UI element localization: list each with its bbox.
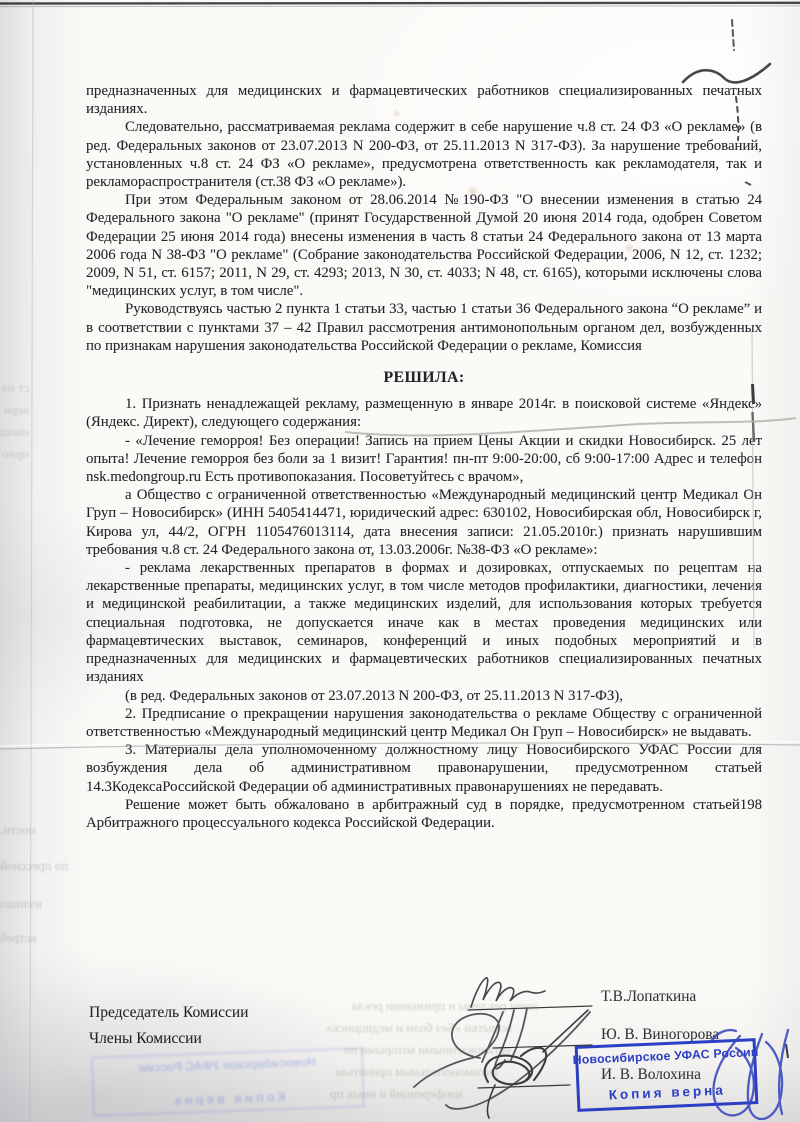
bleedthrough-text: антимонопольным принятым [336, 1064, 498, 1080]
document-body: предназначенных для медицинских и фармац… [86, 82, 762, 832]
paragraph: 3. Материалы дела уполномоченному должно… [86, 741, 762, 796]
paragraph: Решение может быть обжаловано в арбитраж… [86, 796, 762, 832]
stamp-org-text: Новосибирское УФАС России [572, 1045, 759, 1067]
paragraph: Следовательно, рассматриваемая реклама с… [86, 118, 762, 191]
bleedthrough-text: встреб [0, 930, 37, 946]
paragraph: а Общество с ограниченной ответственност… [86, 486, 762, 559]
bleedthrough-text: верн [4, 402, 29, 418]
signature-volokhina [478, 1010, 588, 1118]
bleedthrough-text: ности, [0, 822, 35, 838]
paragraph: предназначенных для медицинских и фармац… [86, 82, 762, 118]
paragraph: - «Лечение геморроя! Без операции! Запис… [86, 432, 762, 487]
scan-edge-line [0, 3, 800, 7]
certification-stamp: Новосибирское УФАС России Копия верна [575, 1038, 759, 1112]
bleedthrough-text: излишл [0, 896, 42, 912]
bleedthrough-text: конференций и иных пр [330, 1086, 463, 1102]
bleedthrough-text: прசо [2, 446, 29, 463]
paragraph: (в ред. Федеральных законов от 23.07.201… [86, 687, 762, 705]
ghost-stamp: Новосибирское УФАС России Копия верна [91, 1047, 365, 1116]
bleedthrough-text: нием рекламы и признании рекла [352, 998, 538, 1014]
scanned-document-page: нием рекламы и признании рекла попытки «… [0, 0, 800, 1122]
signature-vinogorova [414, 1008, 592, 1109]
bleedthrough-text: установленными которыми по [344, 1042, 512, 1058]
paragraph: - реклама лекарственных препаратов в фор… [86, 559, 762, 686]
members-label: Члены Комиссии [89, 1030, 202, 1048]
bleedthrough-text: ст на [2, 380, 29, 396]
chairman-label: Председатель Комиссии [89, 1004, 248, 1022]
paragraph: При этом Федеральным законом от 28.06.20… [86, 191, 762, 300]
ghost-stamp-note: Копия верна [171, 1089, 285, 1108]
chairman-name: Т.В.Лопаткина [601, 988, 696, 1006]
bleedthrough-text: попытки «Без боли и медицинск» [326, 1020, 512, 1036]
stamp-note-text: Копия верна [608, 1082, 726, 1102]
ghost-stamp-org: Новосибирское УФАС России [139, 1055, 316, 1075]
paragraph: 1. Признать ненадлежащей рекламу, размещ… [86, 395, 762, 431]
bleedthrough-text: по прессной [0, 858, 68, 874]
paragraph: 2. Предписание о прекращении нарушения з… [86, 705, 762, 741]
paragraph: Руководствуясь частью 2 пункта 1 статьи … [86, 300, 762, 355]
decision-heading: РЕШИЛА: [86, 369, 762, 387]
bleedthrough-text: икош [0, 424, 29, 440]
signature-lopatkina [468, 978, 592, 1010]
